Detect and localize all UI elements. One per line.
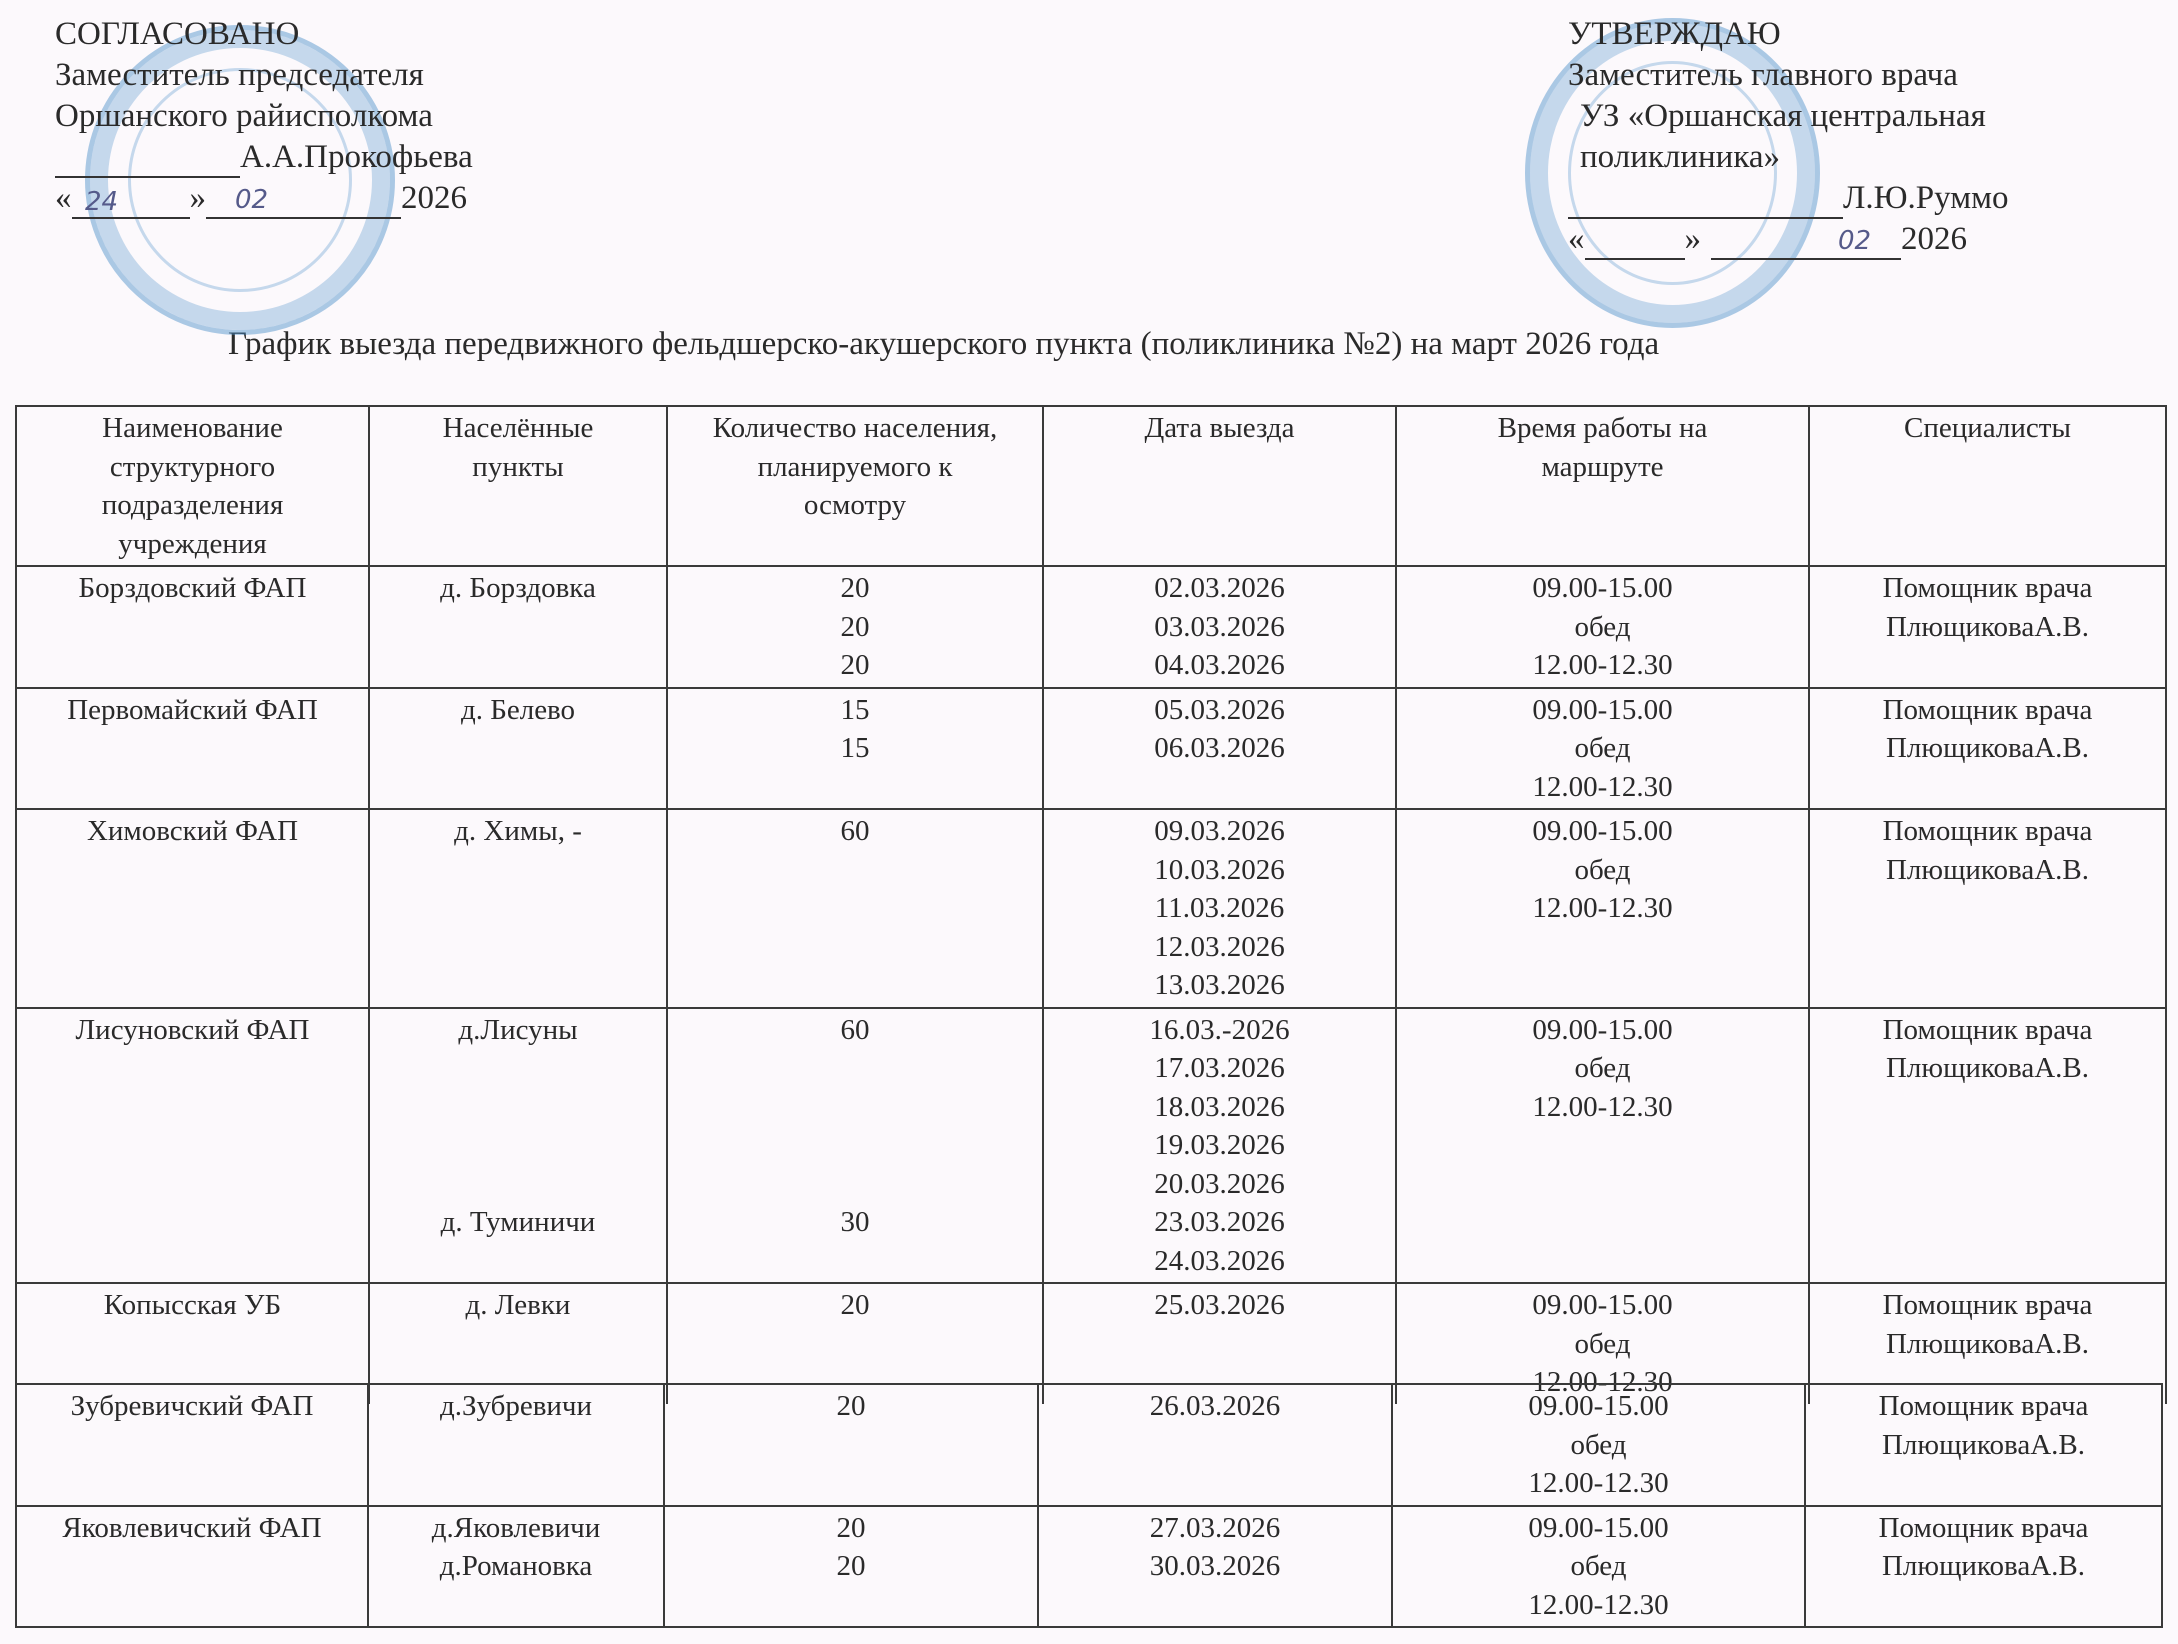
cell-hours: 09.00-15.00 обед 12.00-12.30 <box>1396 566 1809 688</box>
approver-organization: Оршанского райисполкома <box>55 96 473 137</box>
approver-organization: УЗ «Оршанская центральная <box>1568 96 2008 137</box>
cell-population: 60 30 <box>667 1008 1043 1284</box>
cell-unit: Зубревичский ФАП <box>16 1384 368 1506</box>
header-dates: Дата выезда <box>1043 406 1396 566</box>
cell-hours: 09.00-15.00 обед 12.00-12.30 <box>1396 809 1809 1008</box>
cell-hours: 09.00-15.00 обед 12.00-12.30 <box>1396 688 1809 810</box>
table-row: Лисуновский ФАП д.Лисуны д. Туминичи 60 … <box>16 1008 2166 1284</box>
approver-position: Заместитель главного врача <box>1568 55 2008 96</box>
cell-specialists: Помощник врача ПлющиковаА.В. <box>1809 688 2166 810</box>
cell-specialists: Помощник врача ПлющиковаА.В. <box>1809 809 2166 1008</box>
cell-dates: 05.03.2026 06.03.2026 <box>1043 688 1396 810</box>
date-year: 2026 <box>401 180 467 216</box>
cell-hours: 09.00-15.00 обед 12.00-12.30 <box>1392 1506 1805 1628</box>
cell-hours: 09.00-15.00 обед 12.00-12.30 <box>1392 1384 1805 1506</box>
date-year: 2026 <box>1901 221 1967 257</box>
cell-unit: Яковлевичский ФАП <box>16 1506 368 1628</box>
cell-population: 15 15 <box>667 688 1043 810</box>
cell-unit: Первомайский ФАП <box>16 688 369 810</box>
header-unit: Наименование структурного подразделения … <box>16 406 369 566</box>
approver-organization-cont: поликлиника» <box>1568 137 2008 178</box>
header-hours: Время работы на маршруте <box>1396 406 1809 566</box>
cell-dates: 16.03.-2026 17.03.2026 18.03.2026 19.03.… <box>1043 1008 1396 1284</box>
cell-settlements: д.Яковлевичи д.Романовка <box>368 1506 664 1628</box>
approval-heading: УТВЕРЖДАЮ <box>1568 14 2008 55</box>
approval-date: «»2026 24 02 <box>55 178 473 219</box>
schedule-table-continued: Зубревичский ФАП д.Зубревичи 20 26.03.20… <box>15 1383 2163 1628</box>
handwritten-day: 24 <box>85 182 118 223</box>
cell-settlements: д. Белево <box>369 688 667 810</box>
cell-dates: 09.03.2026 10.03.2026 11.03.2026 12.03.2… <box>1043 809 1396 1008</box>
cell-unit: Борздовский ФАП <box>16 566 369 688</box>
signatory-name: Л.Ю.Руммо <box>1843 180 2008 216</box>
approval-block-agreed: СОГЛАСОВАНО Заместитель председателя Орш… <box>55 14 473 219</box>
date-month-blank <box>1711 228 1901 260</box>
table-row: Первомайский ФАП д. Белево 15 15 05.03.2… <box>16 688 2166 810</box>
cell-hours: 09.00-15.00 обед 12.00-12.30 <box>1396 1008 1809 1284</box>
cell-population: 20 20 <box>664 1506 1038 1628</box>
cell-settlements: д.Зубревичи <box>368 1384 664 1506</box>
signature-blank <box>1568 187 1843 219</box>
signature-line: Л.Ю.Руммо <box>1568 178 2008 219</box>
signatory-name: А.А.Прокофьева <box>240 139 473 175</box>
approval-date: «»2026 02 <box>1568 219 2008 260</box>
approval-block-approved: УТВЕРЖДАЮ Заместитель главного врача УЗ … <box>1568 14 2008 260</box>
date-day-blank <box>1585 228 1685 260</box>
table-row: Химовский ФАП д. Химы, - 60 09.03.2026 1… <box>16 809 2166 1008</box>
approver-position: Заместитель председателя <box>55 55 473 96</box>
cell-specialists: Помощник врача ПлющиковаА.В. <box>1809 1008 2166 1284</box>
cell-specialists: Помощник врача ПлющиковаА.В. <box>1805 1506 2162 1628</box>
cell-population: 60 <box>667 809 1043 1008</box>
cell-dates: 02.03.2026 03.03.2026 04.03.2026 <box>1043 566 1396 688</box>
cell-population: 20 20 20 <box>667 566 1043 688</box>
table-header-row: Наименование структурного подразделения … <box>16 406 2166 566</box>
cell-settlements: д.Лисуны д. Туминичи <box>369 1008 667 1284</box>
cell-population: 20 <box>664 1384 1038 1506</box>
table-row: Яковлевичский ФАП д.Яковлевичи д.Романов… <box>16 1506 2162 1628</box>
cell-settlements: д. Химы, - <box>369 809 667 1008</box>
handwritten-month: 02 <box>1838 221 1871 262</box>
approval-heading: СОГЛАСОВАНО <box>55 14 473 55</box>
table-row: Зубревичский ФАП д.Зубревичи 20 26.03.20… <box>16 1384 2162 1506</box>
document-title: График выезда передвижного фельдшерско-а… <box>0 326 2178 363</box>
cell-unit: Химовский ФАП <box>16 809 369 1008</box>
header-settlements: Населённые пункты <box>369 406 667 566</box>
cell-specialists: Помощник врача ПлющиковаА.В. <box>1809 566 2166 688</box>
cell-specialists: Помощник врача ПлющиковаА.В. <box>1805 1384 2162 1506</box>
signature-line: А.А.Прокофьева <box>55 137 473 178</box>
handwritten-month: 02 <box>235 180 268 221</box>
header-population: Количество населения, планируемого к осм… <box>667 406 1043 566</box>
table-row: Борздовский ФАП д. Борздовка 20 20 20 02… <box>16 566 2166 688</box>
cell-dates: 27.03.2026 30.03.2026 <box>1038 1506 1392 1628</box>
schedule-table: Наименование структурного подразделения … <box>15 405 2167 1404</box>
cell-unit: Лисуновский ФАП <box>16 1008 369 1284</box>
cell-dates: 26.03.2026 <box>1038 1384 1392 1506</box>
cell-settlements: д. Борздовка <box>369 566 667 688</box>
header-specialists: Специалисты <box>1809 406 2166 566</box>
signature-blank <box>55 146 240 178</box>
